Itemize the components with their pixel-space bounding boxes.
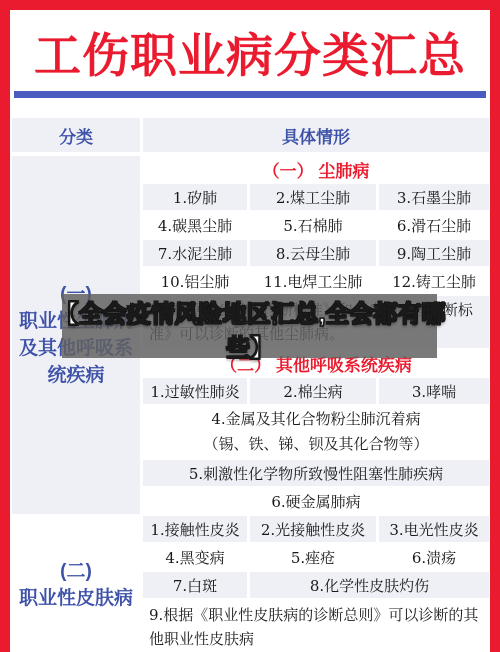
table-cell: 5.痤疮 (250, 544, 376, 570)
table-cell: 4.金属及其化合物粉尘肺沉着病 （锡、铁、锑、钡及其化合物等） (143, 406, 489, 458)
column-header-detail: 具体情形 (143, 118, 489, 152)
table-cell: 1.矽肺 (143, 184, 247, 210)
table-cell: 5.石棉肺 (250, 212, 376, 238)
table-cell: 7.白斑 (143, 572, 247, 598)
table-cell: 2.煤工尘肺 (250, 184, 376, 210)
table-cell: 9.根据《职业性皮肤病的诊断总则》可以诊断的其他职业性皮肤病 (143, 600, 489, 652)
table-cell: 3.石墨尘肺 (379, 184, 489, 210)
table-cell: 4.黑变病 (143, 544, 247, 570)
table-cell: 6.溃疡 (379, 544, 489, 570)
table-body: (一) 职业性尘肺病及其他呼吸系统疾病 (二) 职业性皮肤病 （一） 尘肺病 1… (12, 156, 489, 652)
table-row: 7.白斑 8.化学性皮肤灼伤 (143, 572, 489, 598)
table-row: 9.根据《职业性皮肤病的诊断总则》可以诊断的其他职业性皮肤病 (143, 600, 489, 652)
table-cell: 1.过敏性肺炎 (143, 378, 247, 404)
group-header-pneumoconiosis: （一） 尘肺病 (143, 156, 489, 182)
category-number: (二) (60, 558, 92, 585)
table-cell: 6.滑石尘肺 (379, 212, 489, 238)
category-cell-skin: (二) 职业性皮肤病 (12, 516, 140, 652)
table-row: 6.硬金属肺病 (143, 488, 489, 514)
table-cell: 7.水泥尘肺 (143, 240, 247, 266)
table-row: 1.矽肺 2.煤工尘肺 3.石墨尘肺 (143, 184, 489, 210)
table-cell: 4.碳黑尘肺 (143, 212, 247, 238)
table-row: 4.碳黑尘肺 5.石棉肺 6.滑石尘肺 (143, 212, 489, 238)
table-row: 10.铝尘肺 11.电焊工尘肺 12.铸工尘肺 (143, 268, 489, 294)
table-cell: 3.电光性皮炎 (379, 516, 489, 542)
table-cell: 3.哮喘 (379, 378, 489, 404)
table-cell: 9.陶工尘肺 (379, 240, 489, 266)
table-row: 4.黑变病 5.痤疮 6.溃疡 (143, 544, 489, 570)
column-header-category: 分类 (12, 118, 140, 152)
table-cell: 8.化学性皮肤灼伤 (250, 572, 489, 598)
category-column: (一) 职业性尘肺病及其他呼吸系统疾病 (二) 职业性皮肤病 (12, 156, 140, 652)
table-cell: 2.光接触性皮炎 (250, 516, 376, 542)
detail-column: （一） 尘肺病 1.矽肺 2.煤工尘肺 3.石墨尘肺 4.碳黑尘肺 5.石棉肺 … (143, 156, 489, 652)
table-row: 5.刺激性化学物所致慢性阻塞性肺疾病 (143, 460, 489, 486)
table-cell: 8.云母尘肺 (250, 240, 376, 266)
table-cell: 11.电焊工尘肺 (250, 268, 376, 294)
table-cell: 10.铝尘肺 (143, 268, 247, 294)
table-header-row: 分类 具体情形 (12, 118, 489, 152)
infographic-frame: 工伤职业病分类汇总 分类 具体情形 (一) 职业性尘肺病及其他呼吸系统疾病 (二… (0, 0, 500, 652)
table-cell: 12.铸工尘肺 (379, 268, 489, 294)
table-cell: 5.刺激性化学物所致慢性阻塞性肺疾病 (143, 460, 489, 486)
title-divider (14, 91, 486, 98)
table-cell: 6.硬金属肺病 (143, 488, 489, 514)
table-cell: 2.棉尘病 (250, 378, 376, 404)
category-label: 职业性皮肤病 (19, 585, 133, 612)
table-cell: 1.接触性皮炎 (143, 516, 247, 542)
watermark-text: 【全会疫情风险地区汇总,全会都有哪些】 (50, 298, 450, 366)
page-title: 工伤职业病分类汇总 (10, 30, 490, 82)
table-row: 7.水泥尘肺 8.云母尘肺 9.陶工尘肺 (143, 240, 489, 266)
table-row: 4.金属及其化合物粉尘肺沉着病 （锡、铁、锑、钡及其化合物等） (143, 406, 489, 458)
table-row: 1.接触性皮炎 2.光接触性皮炎 3.电光性皮炎 (143, 516, 489, 542)
table-row: 1.过敏性肺炎 2.棉尘病 3.哮喘 (143, 378, 489, 404)
